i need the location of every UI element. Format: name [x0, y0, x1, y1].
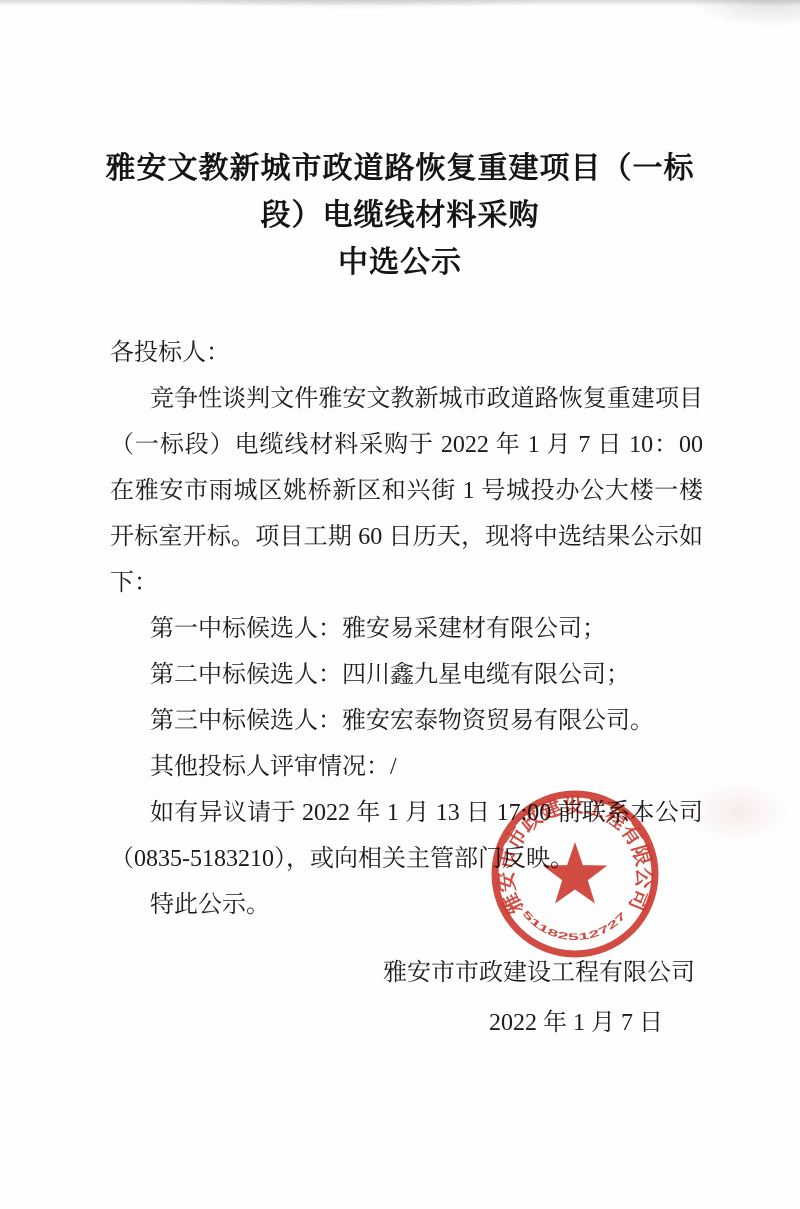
closing-line: 特此公示。: [110, 882, 703, 928]
scan-artifact-top-right: [688, 0, 800, 28]
title-line-2: 段）电缆线材料采购: [55, 192, 745, 239]
title-line-3: 中选公示: [55, 239, 745, 286]
document-body: 各投标人： 竞争性谈判文件雅安文教新城市政道路恢复重建项目（一标段）电缆线材料采…: [110, 330, 703, 1048]
other-bidders-line: 其他投标人评审情况：/: [110, 744, 703, 790]
signature-block: 雅安市市政建设工程有限公司 2022 年 1 月 7 日: [110, 948, 703, 1048]
title-line-1: 雅安文教新城市政道路恢复重建项目（一标: [55, 145, 745, 192]
signature-company: 雅安市市政建设工程有限公司: [110, 948, 703, 998]
candidate-line-1: 第一中标候选人：雅安易采建材有限公司；: [110, 606, 703, 652]
salutation: 各投标人：: [110, 330, 703, 376]
objection-paragraph: 如有异议请于 2022 年 1 月 13 日 17:00 前联系本公司（0835…: [110, 790, 703, 882]
candidate-line-2: 第二中标候选人：四川鑫九星电缆有限公司；: [110, 652, 703, 698]
opening-paragraph: 竞争性谈判文件雅安文教新城市政道路恢复重建项目（一标段）电缆线材料采购于 202…: [110, 376, 703, 606]
signature-date: 2022 年 1 月 7 日: [110, 998, 703, 1048]
scan-artifact-top-middle: [170, 0, 550, 10]
scan-artifact-top-edge: [0, 0, 800, 6]
candidate-line-3: 第三中标候选人：雅安宏泰物资贸易有限公司。: [110, 698, 703, 744]
document-page: 雅安文教新城市政道路恢复重建项目（一标 段）电缆线材料采购 中选公示 各投标人：…: [0, 0, 800, 1209]
document-title: 雅安文教新城市政道路恢复重建项目（一标 段）电缆线材料采购 中选公示: [55, 145, 745, 286]
